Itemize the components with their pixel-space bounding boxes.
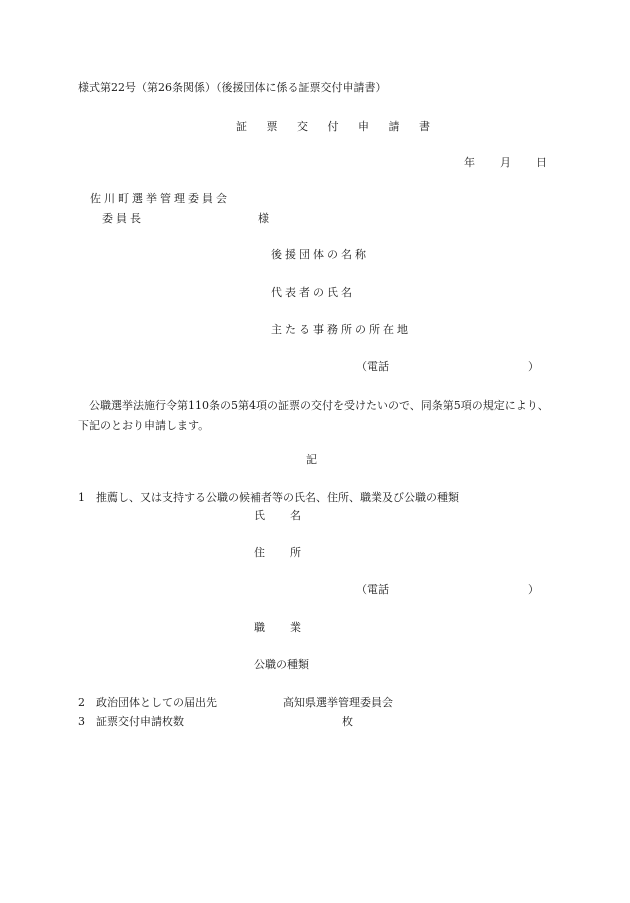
item-1-label: 推薦し、又は支持する公職の候補者等の氏名、住所、職業及び公職の種類 bbox=[96, 491, 459, 505]
candidate-occupation-label-2: 業 bbox=[290, 621, 301, 635]
item-3-number: 3 bbox=[78, 715, 85, 729]
document-title: 証 票 交 付 申 請 書 bbox=[236, 120, 438, 134]
ki-heading: 記 bbox=[306, 453, 317, 467]
candidate-address-label-2: 所 bbox=[290, 546, 301, 560]
item-2-number: 2 bbox=[78, 696, 85, 710]
candidate-name-label-2: 名 bbox=[290, 509, 301, 523]
form-header: 様式第22号（第26条関係）（後援団体に係る証票交付申請書） bbox=[78, 81, 387, 95]
applicant-phone-open: （電話 bbox=[356, 360, 389, 374]
applicant-phone-close: ） bbox=[528, 360, 539, 374]
candidate-name-label-1: 氏 bbox=[254, 509, 265, 523]
representative-label: 代表者の氏名 bbox=[271, 286, 355, 300]
item-3-label: 証票交付申請枚数 bbox=[96, 715, 184, 729]
body-text: 公職選挙法施行令第110条の5第4項の証票の交付を受けたいので、同条第5項の規定… bbox=[78, 396, 552, 436]
candidate-occupation-label-1: 職 bbox=[254, 621, 265, 635]
office-address-label: 主たる事務所の所在地 bbox=[271, 323, 411, 337]
item-2-value: 高知県選挙管理委員会 bbox=[283, 696, 393, 710]
date-day: 日 bbox=[536, 156, 547, 170]
date-year: 年 bbox=[464, 156, 475, 170]
candidate-office-type-label: 公職の種類 bbox=[254, 658, 309, 672]
addressee-committee: 佐川町選挙管理委員会 bbox=[90, 192, 230, 206]
item-1-number: 1 bbox=[78, 491, 85, 505]
candidate-phone-close: ） bbox=[528, 583, 539, 597]
group-name-label: 後援団体の名称 bbox=[271, 248, 369, 262]
addressee-honorific: 様 bbox=[258, 212, 269, 226]
item-3-unit: 枚 bbox=[342, 715, 353, 729]
date-month: 月 bbox=[500, 156, 511, 170]
addressee-chair: 委員長 bbox=[102, 212, 144, 226]
candidate-phone-open: （電話 bbox=[356, 583, 389, 597]
item-2-label: 政治団体としての届出先 bbox=[96, 696, 217, 710]
candidate-address-label-1: 住 bbox=[254, 546, 265, 560]
